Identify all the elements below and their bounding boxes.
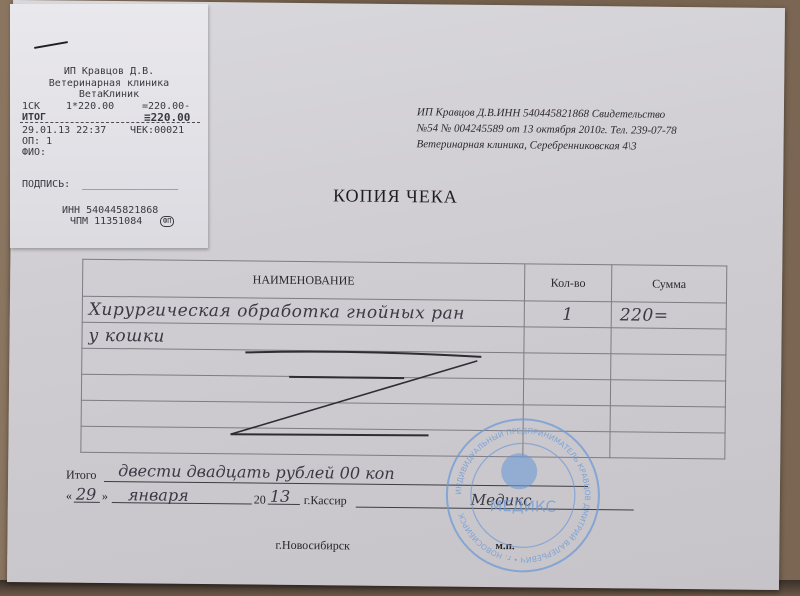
thermal-qty-price: 1*220.00 — [66, 101, 114, 113]
thermal-fio-label: ФИО: — [22, 147, 46, 159]
item-qty — [524, 327, 611, 354]
thermal-seller: ИП Кравцов Д.В. — [10, 66, 208, 78]
item-qty — [523, 405, 610, 432]
item-sum — [610, 406, 725, 433]
total-in-words: двести двадцать рублей 00 коп — [118, 461, 395, 483]
table-row — [81, 426, 725, 459]
thermal-signature-label: ПОДПИСЬ: — [22, 179, 70, 191]
item-sum — [611, 328, 726, 355]
thermal-signature-blank: ________________ — [82, 179, 178, 191]
date-open-quote: « — [66, 489, 72, 504]
thermal-section: 1СК — [22, 101, 40, 113]
thermal-separator — [20, 122, 200, 123]
pen-mark — [34, 41, 68, 49]
thermal-operator: ОП: 1 — [22, 136, 52, 148]
item-sum — [610, 432, 725, 459]
thermal-brand: ВетаКлиник — [10, 89, 208, 101]
item-qty: 1 — [524, 301, 611, 328]
thermal-check-no: ЧЕК:00021 — [130, 125, 184, 137]
globe-icon — [501, 453, 537, 489]
header-line: Ветеринарная клиника, Серебренниковская … — [416, 136, 716, 155]
stamp-place-label: м.п. — [495, 540, 514, 552]
column-header-sum: Сумма — [611, 265, 726, 303]
column-header-name: НАИМЕНОВАНИЕ — [82, 259, 524, 301]
item-sum — [611, 354, 726, 381]
date-close-quote: » — [102, 489, 108, 504]
thermal-receipt: ИП Кравцов Д.В. Ветеринарная клиника Вет… — [10, 4, 208, 248]
city-label: г.Новосибирск — [275, 538, 350, 554]
thermal-business: Ветеринарная клиника — [10, 78, 208, 90]
year-prefix: 20 — [254, 493, 266, 508]
total-label: Итого — [66, 468, 97, 483]
cashier-label: г.Кассир — [304, 493, 347, 508]
thermal-chpm: ЧПМ 11351084 — [70, 216, 142, 228]
seller-header: ИП Кравцов Д.В.ИНН 540445821868 Свидетел… — [416, 104, 716, 155]
column-header-qty: Кол-во — [524, 264, 611, 302]
cashier-signature: Медикс — [471, 491, 532, 510]
item-qty — [523, 431, 610, 458]
item-qty — [524, 353, 611, 380]
item-sum — [610, 380, 725, 407]
document-title: КОПИЯ ЧЕКА — [333, 185, 458, 207]
items-table: НАИМЕНОВАНИЕ Кол-во Сумма Хирургическая … — [80, 259, 727, 460]
fiscal-mark-icon: ФП — [160, 216, 174, 227]
thermal-datetime: 29.01.13 22:37 — [22, 125, 106, 137]
thermal-inn: ИНН 540445821868 — [62, 205, 158, 217]
item-qty — [523, 379, 610, 406]
item-name — [81, 426, 523, 457]
item-sum: 220= — [611, 302, 726, 329]
